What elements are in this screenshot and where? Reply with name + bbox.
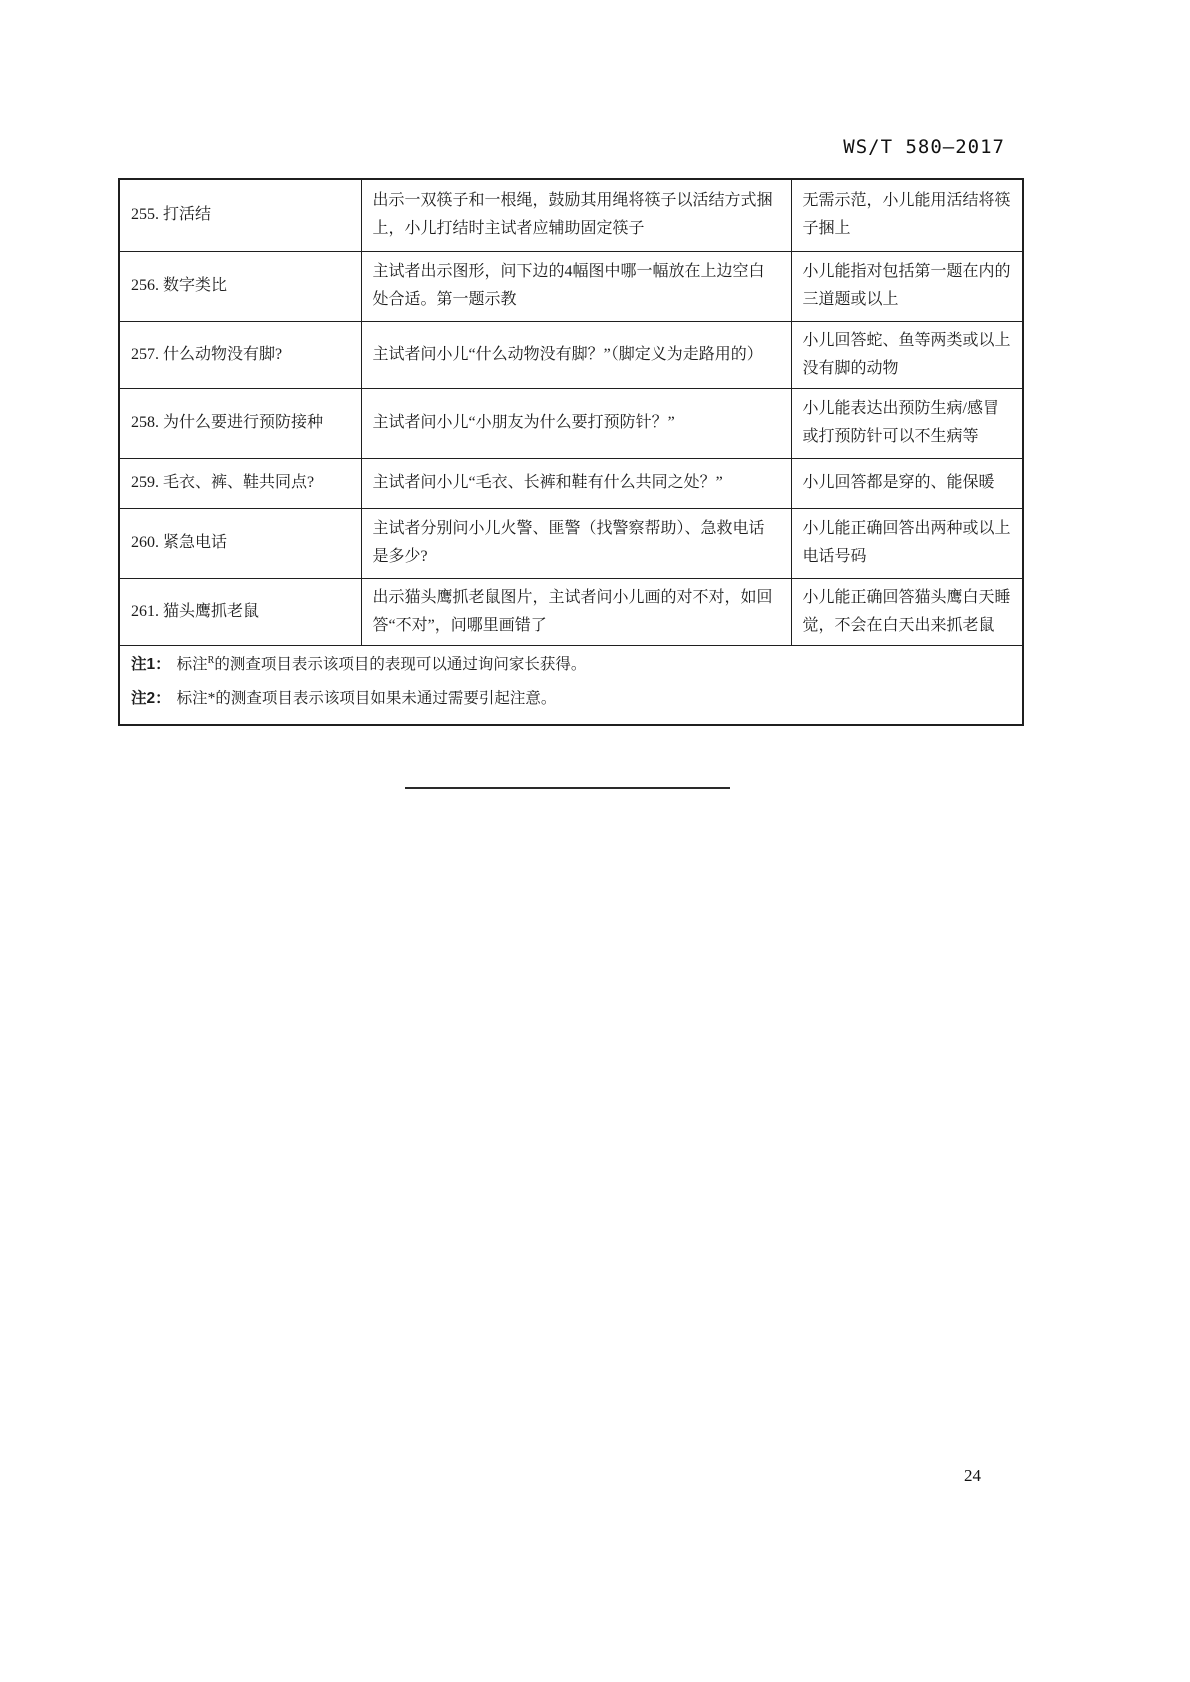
table-row: 260. 紧急电话 主试者分别问小儿火警、匪警（找警察帮助）、急救电话是多少? …	[119, 508, 1023, 578]
standard-code-header: WS/T 580—2017	[843, 136, 1005, 158]
criteria-cell: 小儿能正确回答出两种或以上电话号码	[791, 508, 1023, 578]
item-name-cell: 257. 什么动物没有脚?	[119, 321, 361, 388]
item-name-cell: 255. 打活结	[119, 179, 361, 251]
criteria-cell: 小儿能表达出预防生病/感冒或打预防针可以不生病等	[791, 388, 1023, 458]
note-2-label: 注2：	[131, 690, 171, 707]
procedure-cell: 出示猫头鹰抓老鼠图片，主试者问小儿画的对不对，如回答“不对”，问哪里画错了	[361, 578, 791, 645]
item-name-cell: 260. 紧急电话	[119, 508, 361, 578]
procedure-cell: 主试者问小儿“毛衣、长裤和鞋有什么共同之处？”	[361, 458, 791, 508]
table-row: 255. 打活结 出示一双筷子和一根绳，鼓励其用绳将筷子以活结方式捆上，小儿打结…	[119, 179, 1023, 251]
table-row: 261. 猫头鹰抓老鼠 出示猫头鹰抓老鼠图片，主试者问小儿画的对不对，如回答“不…	[119, 578, 1023, 645]
note-1-text-pre: 标注	[177, 656, 208, 673]
note-1-text-post: 的测查项目表示该项目的表现可以通过询问家长获得。	[214, 656, 586, 673]
section-divider-line	[405, 787, 730, 789]
note-2: 注2：标注*的测查项目表示该项目如果未通过需要引起注意。	[131, 685, 1011, 712]
procedure-cell: 主试者出示图形，问下边的4幅图中哪一幅放在上边空白处合适。第一题示教	[361, 251, 791, 321]
item-name-cell: 261. 猫头鹰抓老鼠	[119, 578, 361, 645]
notes-cell: 注1：标注R的测查项目表示该项目的表现可以通过询问家长获得。 注2：标注*的测查…	[119, 645, 1023, 725]
table-notes-row: 注1：标注R的测查项目表示该项目的表现可以通过询问家长获得。 注2：标注*的测查…	[119, 645, 1023, 725]
criteria-cell: 小儿能指对包括第一题在内的三道题或以上	[791, 251, 1023, 321]
procedure-cell: 主试者问小儿“小朋友为什么要打预防针？”	[361, 388, 791, 458]
item-name-cell: 256. 数字类比	[119, 251, 361, 321]
criteria-cell: 无需示范，小儿能用活结将筷子捆上	[791, 179, 1023, 251]
note-1: 注1：标注R的测查项目表示该项目的表现可以通过询问家长获得。	[131, 651, 1011, 678]
procedure-cell: 主试者分别问小儿火警、匪警（找警察帮助）、急救电话是多少?	[361, 508, 791, 578]
criteria-cell: 小儿回答都是穿的、能保暖	[791, 458, 1023, 508]
page-number: 24	[964, 1466, 981, 1486]
table-row: 257. 什么动物没有脚? 主试者问小儿“什么动物没有脚？”（脚定义为走路用的）…	[119, 321, 1023, 388]
table-row: 256. 数字类比 主试者出示图形，问下边的4幅图中哪一幅放在上边空白处合适。第…	[119, 251, 1023, 321]
note-2-text: 标注*的测查项目表示该项目如果未通过需要引起注意。	[177, 690, 557, 707]
table-row: 259. 毛衣、裤、鞋共同点? 主试者问小儿“毛衣、长裤和鞋有什么共同之处？” …	[119, 458, 1023, 508]
assessment-items-table: 255. 打活结 出示一双筷子和一根绳，鼓励其用绳将筷子以活结方式捆上，小儿打结…	[118, 178, 1024, 726]
note-1-label: 注1：	[131, 656, 171, 673]
criteria-cell: 小儿回答蛇、鱼等两类或以上没有脚的动物	[791, 321, 1023, 388]
procedure-cell: 主试者问小儿“什么动物没有脚？”（脚定义为走路用的）	[361, 321, 791, 388]
procedure-cell: 出示一双筷子和一根绳，鼓励其用绳将筷子以活结方式捆上，小儿打结时主试者应辅助固定…	[361, 179, 791, 251]
item-name-cell: 259. 毛衣、裤、鞋共同点?	[119, 458, 361, 508]
item-name-cell: 258. 为什么要进行预防接种	[119, 388, 361, 458]
document-page: WS/T 580—2017 255. 打活结 出示一双筷子和一根绳，鼓励其用绳将…	[0, 0, 1190, 1682]
table-row: 258. 为什么要进行预防接种 主试者问小儿“小朋友为什么要打预防针？” 小儿能…	[119, 388, 1023, 458]
criteria-cell: 小儿能正确回答猫头鹰白天睡觉，不会在白天出来抓老鼠	[791, 578, 1023, 645]
